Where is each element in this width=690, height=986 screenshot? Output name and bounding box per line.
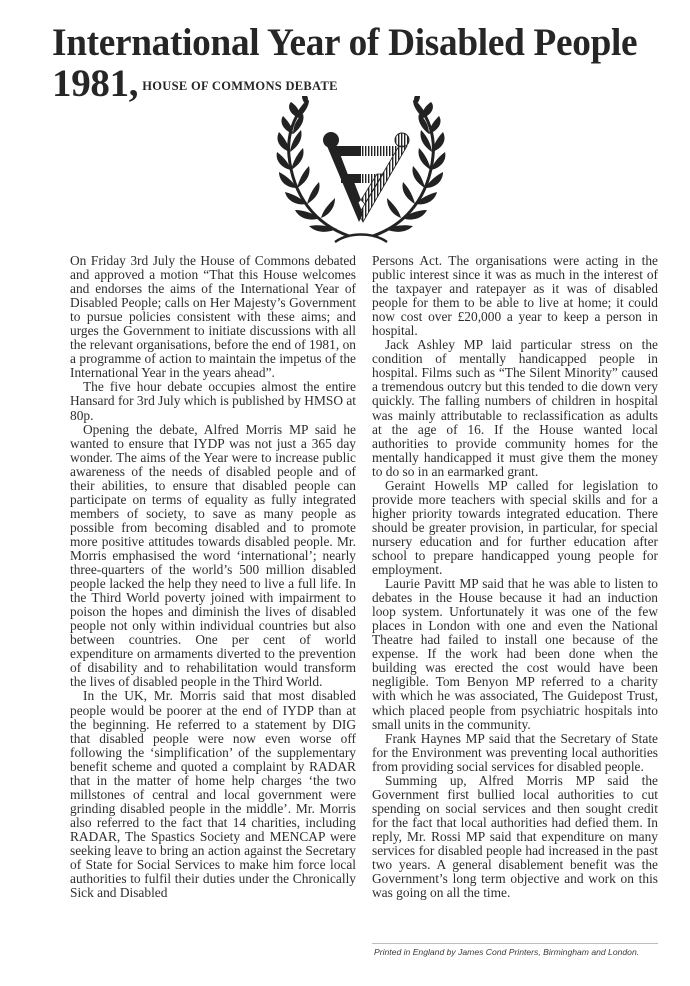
title-main: International Year of Disabled People [52, 22, 644, 64]
iydp-emblem-icon [275, 96, 447, 244]
paragraph: Opening the debate, Alfred Morris MP sai… [70, 423, 356, 690]
article-column-left: On Friday 3rd July the House of Commons … [70, 254, 356, 900]
paragraph: Frank Haynes MP said that the Secretary … [372, 732, 658, 774]
laurel-right-icon [373, 96, 445, 236]
title-year: 1981, [52, 62, 138, 105]
paragraph: Laurie Pavitt MP said that he was able t… [372, 577, 658, 732]
title-subtitle: HOUSE OF COMMONS DEBATE [142, 79, 337, 93]
footer-divider [372, 943, 658, 944]
paragraph: Summing up, Alfred Morris MP said the Go… [372, 774, 658, 900]
article-column-right: Persons Act. The organisations were acti… [372, 254, 658, 900]
paragraph: Geraint Howells MP called for legislatio… [372, 479, 658, 577]
paragraph: The five hour debate occupies almost the… [70, 380, 356, 422]
printer-imprint: Printed in England by James Cond Printer… [374, 947, 664, 957]
paragraph: On Friday 3rd July the House of Commons … [70, 254, 356, 380]
paragraph: Persons Act. The organisations were acti… [372, 254, 658, 338]
paragraph: Jack Ashley MP laid particular stress on… [372, 338, 658, 478]
paragraph: In the UK, Mr. Morris said that most dis… [70, 689, 356, 900]
page-title: International Year of Disabled People 19… [52, 22, 672, 106]
